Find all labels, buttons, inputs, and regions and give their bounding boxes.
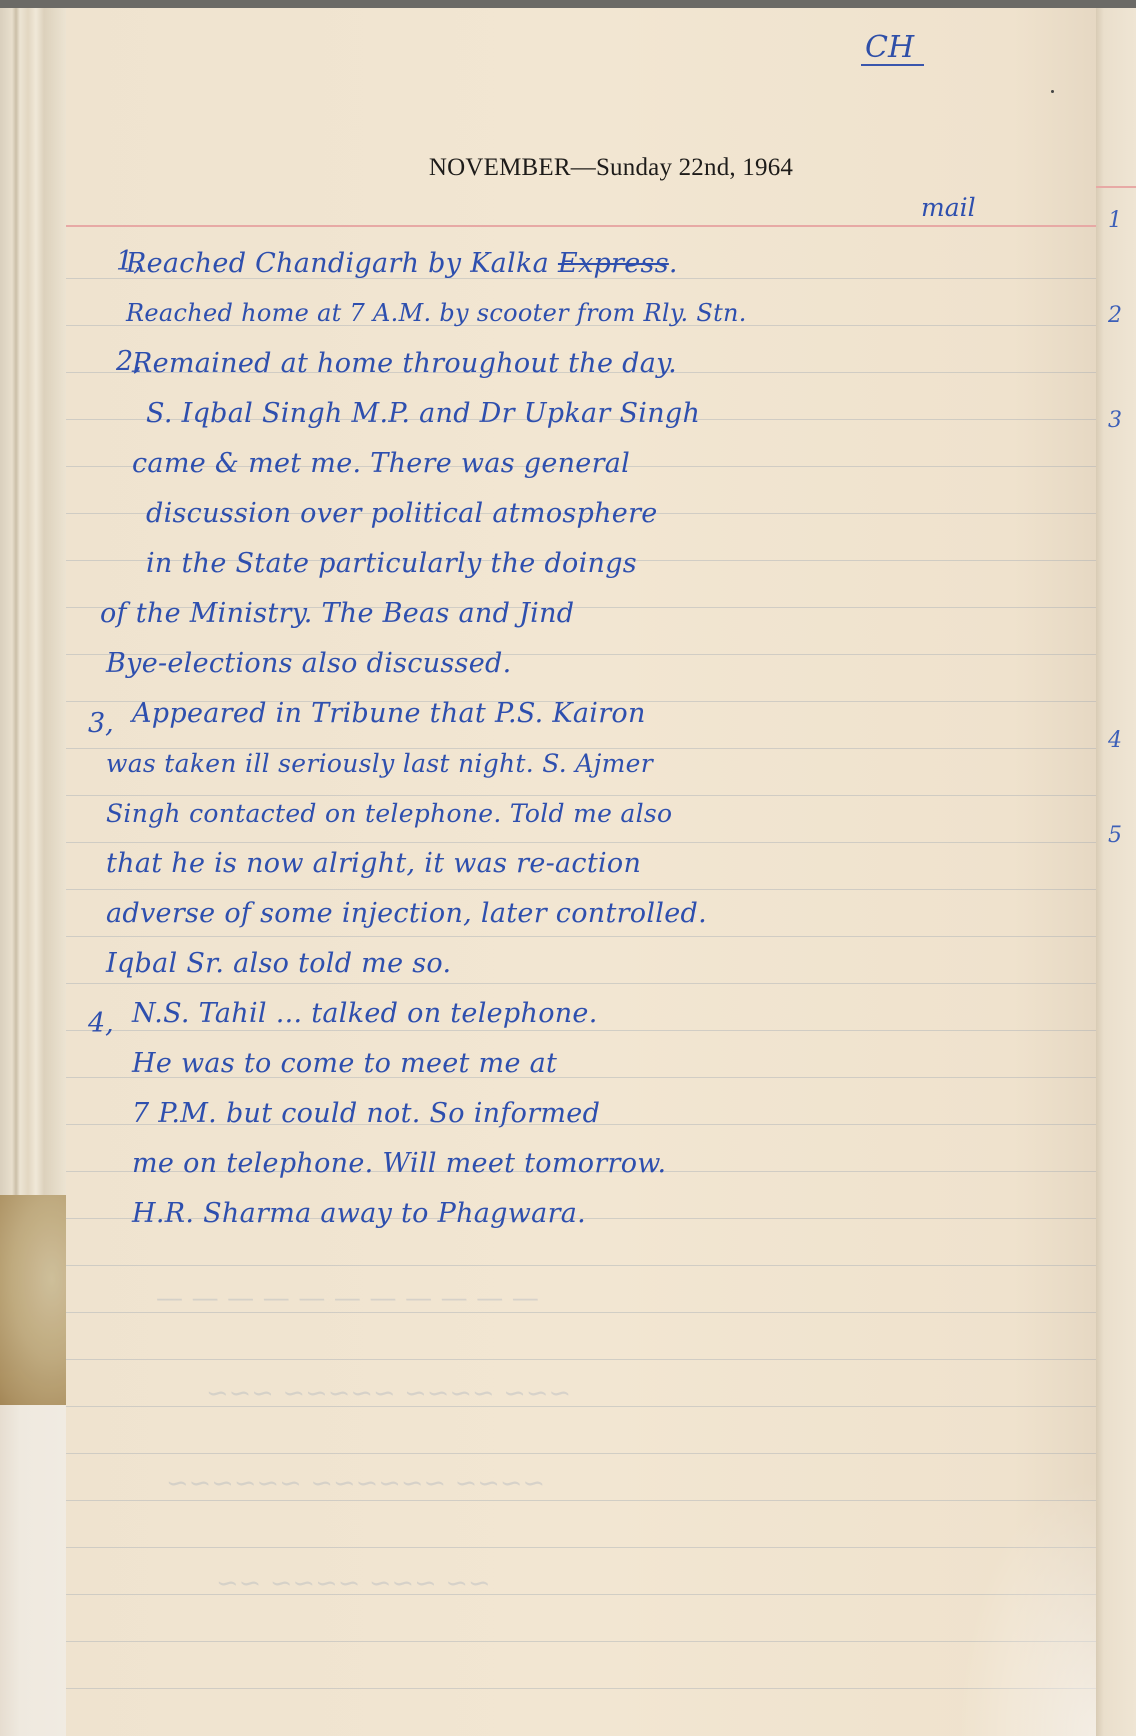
entry-text: . — [669, 248, 678, 279]
ruled-line — [66, 1688, 1096, 1689]
ruled-line — [66, 1265, 1096, 1266]
bleed-through-text: — — — — — — — — — — — — [156, 1283, 539, 1314]
item-number: 3, — [88, 708, 114, 739]
diary-page: CH NOVEMBER—Sunday 22nd, 1964 mail — — —… — [66, 8, 1096, 1736]
struck-word: Express — [558, 248, 669, 279]
inserted-word: mail — [921, 193, 976, 222]
ruled-line — [66, 1641, 1096, 1642]
adjacent-page-number: 5 — [1108, 823, 1122, 848]
adjacent-page-number: 4 — [1108, 728, 1122, 753]
item-number: 4, — [88, 1008, 114, 1039]
printed-date-header: NOVEMBER—Sunday 22nd, 1964 — [66, 154, 1096, 182]
entry-line: Bye-elections also discussed. — [106, 640, 511, 687]
entry-line: of the Ministry. The Beas and Jind — [100, 590, 574, 637]
entry-line: He was to come to meet me at — [132, 1040, 557, 1087]
corner-initials: CH — [861, 32, 924, 66]
adjacent-page-sliver: 1 2 3 4 5 — [1096, 8, 1136, 1736]
bleed-through-text: ~~ ~~~ ~~~~ ~~ — [216, 1568, 491, 1599]
ruled-line — [66, 1547, 1096, 1548]
scan-edge-top — [0, 0, 1136, 8]
bleed-through-text: ~~~~ ~~~~~~ ~~~~~~ — [166, 1468, 545, 1499]
adjacent-page-number: 1 — [1108, 208, 1122, 233]
ruled-line — [66, 1500, 1096, 1501]
adjacent-page-margin-line — [1096, 186, 1136, 188]
entry-line: 7 P.M. but could not. So informed — [132, 1090, 600, 1137]
bleed-through-text: ~~~ ~~~~ ~~~~~ ~~~ — [206, 1378, 571, 1409]
entry-line: S. Iqbal Singh M.P. and Dr Upkar Singh — [146, 390, 700, 437]
entry-line: Reached home at 7 A.M. by scooter from R… — [126, 290, 747, 337]
entry-line: H.R. Sharma away to Phagwara. — [132, 1190, 586, 1237]
entry-line: N.S. Tahil ... talked on telephone. — [132, 990, 598, 1037]
entry-line: in the State particularly the doings — [146, 540, 637, 587]
entry-line: came & met me. There was general — [132, 440, 630, 487]
red-margin-line — [66, 225, 1096, 227]
entry-text: Reached Chandigarh by Kalka — [126, 248, 558, 279]
entry-line: Remained at home throughout the day. — [132, 340, 677, 387]
entry-line: Appeared in Tribune that P.S. Kairon — [132, 690, 646, 737]
ruled-line — [66, 1359, 1096, 1360]
entry-line: me on telephone. Will meet tomorrow. — [132, 1140, 666, 1187]
entry-line: discussion over political atmosphere — [146, 490, 658, 537]
ruled-line — [66, 1453, 1096, 1454]
entry-line: Iqbal Sr. also told me so. — [106, 940, 451, 987]
entry-line: was taken ill seriously last night. S. A… — [106, 740, 653, 787]
entry-line: that he is now alright, it was re-action — [106, 840, 641, 887]
adjacent-page-number: 3 — [1108, 408, 1122, 433]
entry-line: Singh contacted on telephone. Told me al… — [106, 790, 672, 837]
entry-line: Reached Chandigarh by Kalka Express. — [126, 240, 678, 287]
ink-dot — [1051, 90, 1054, 93]
adjacent-page-number: 2 — [1108, 303, 1122, 328]
entry-line: adverse of some injection, later control… — [106, 890, 707, 937]
